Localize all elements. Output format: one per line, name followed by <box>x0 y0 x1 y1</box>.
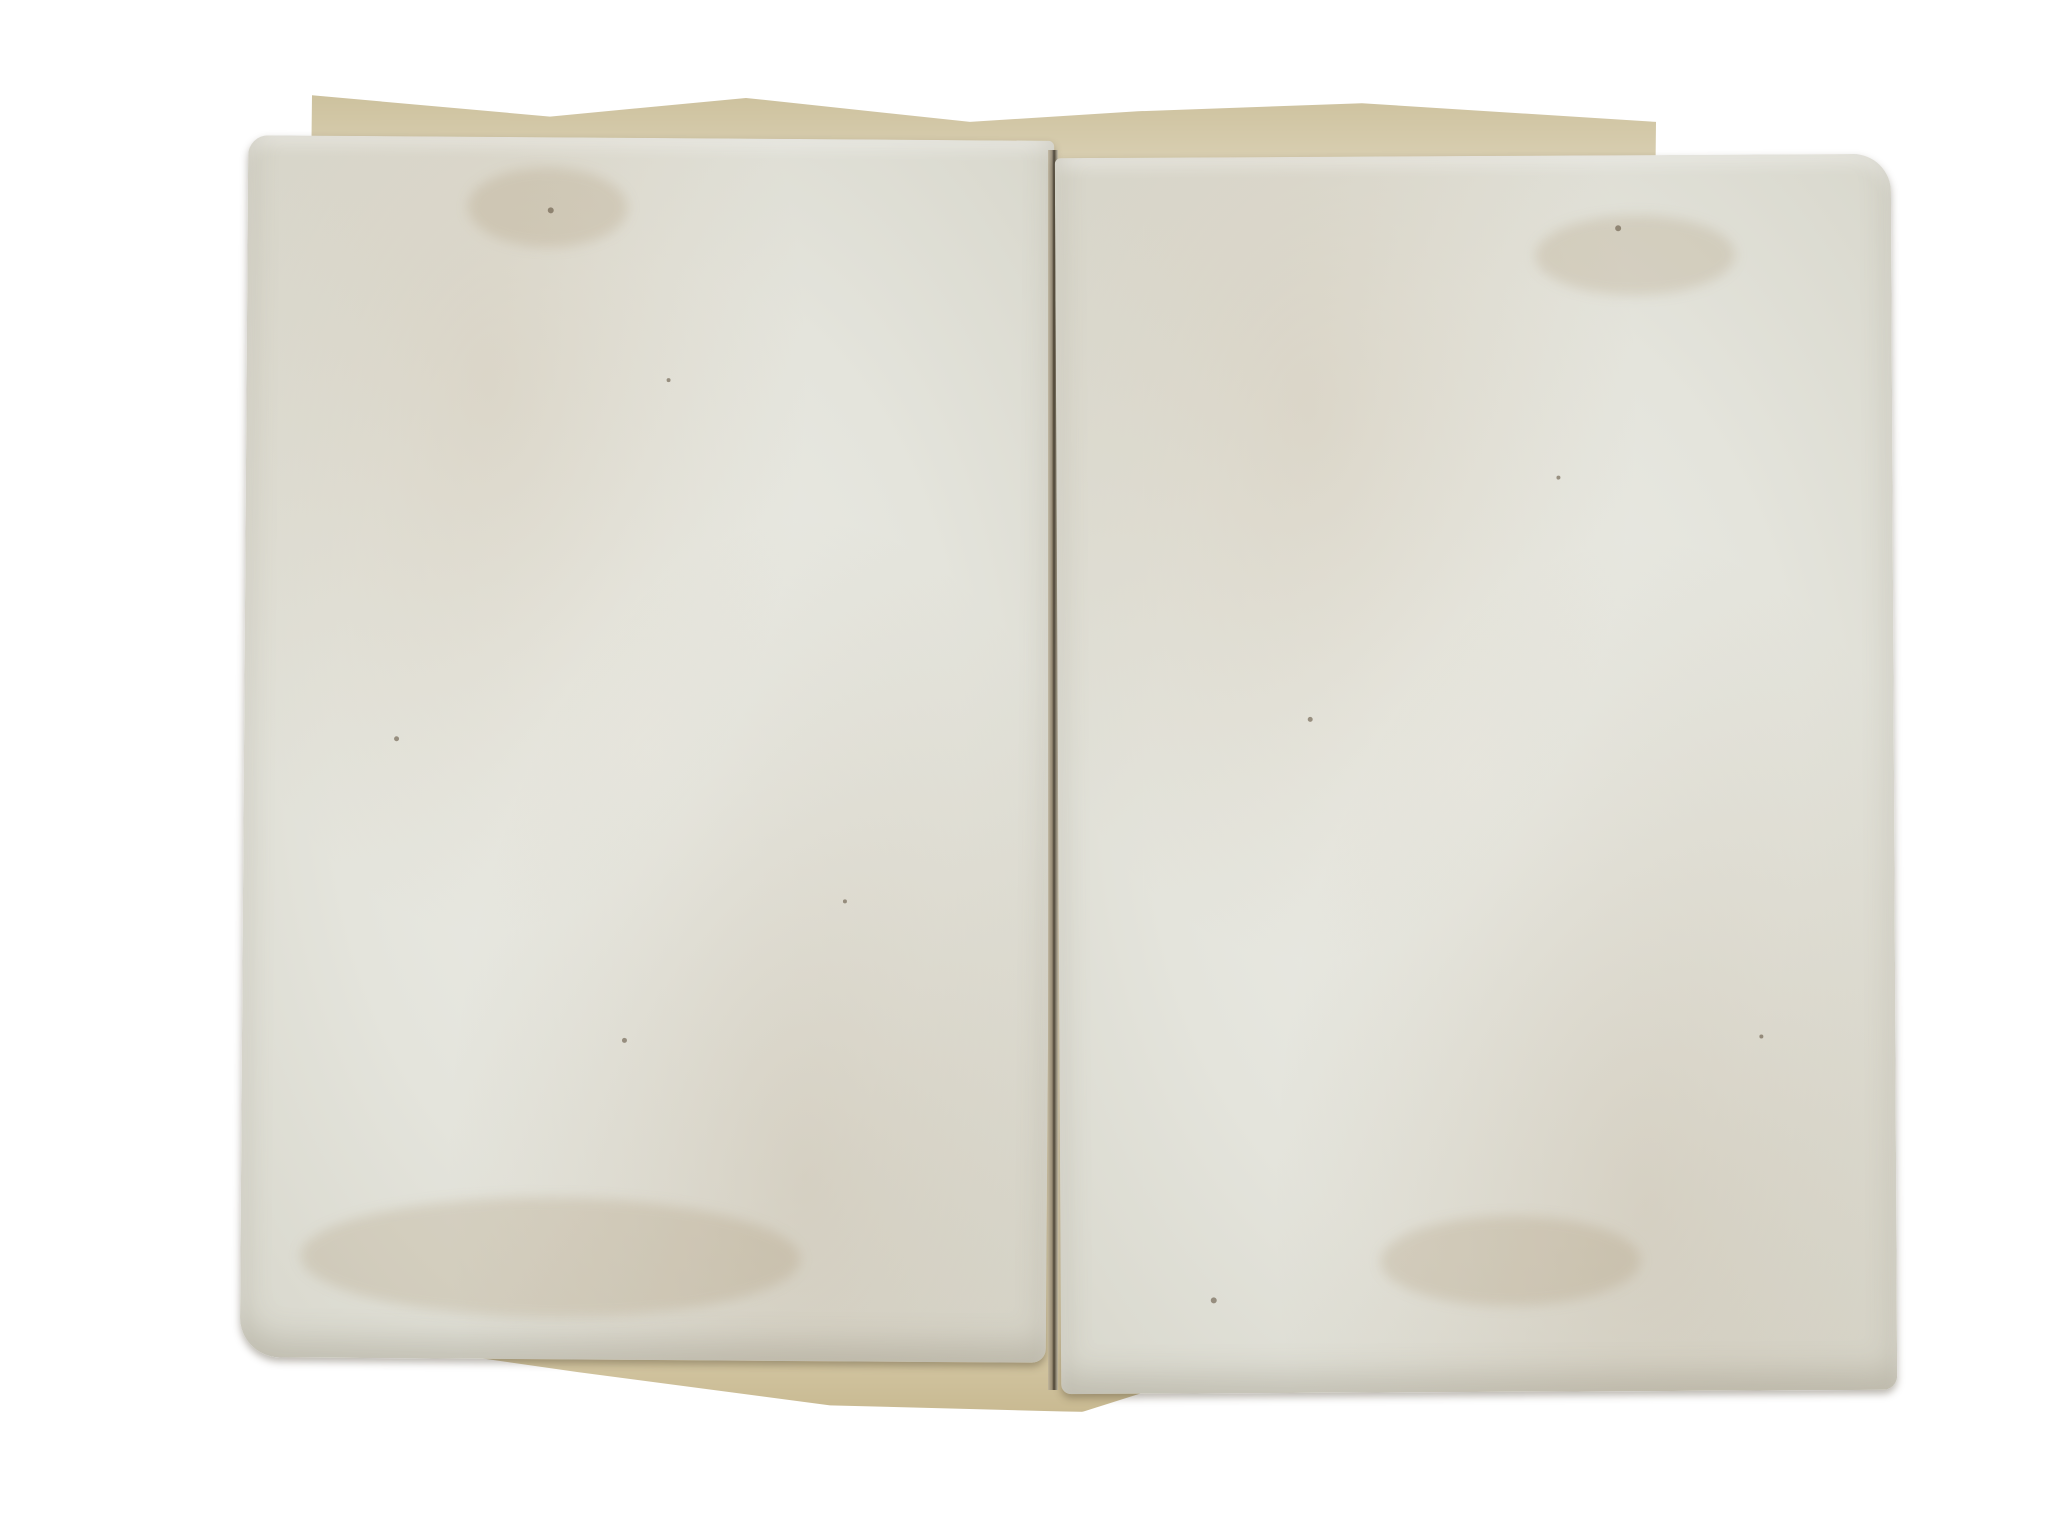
stain <box>300 1196 801 1319</box>
speck <box>1211 1297 1217 1303</box>
speck <box>1759 1034 1763 1038</box>
photo-scene <box>0 0 2048 1536</box>
speck <box>667 378 671 382</box>
speck <box>1308 717 1313 722</box>
speck <box>394 736 399 741</box>
speck <box>843 899 847 903</box>
right-wrapped-packet <box>1055 154 1897 1394</box>
speck <box>622 1038 627 1043</box>
stain <box>1380 1215 1640 1306</box>
stain <box>1535 215 1735 296</box>
left-wrapped-packet <box>240 135 1055 1363</box>
speck <box>1615 225 1621 231</box>
speck <box>1556 476 1560 480</box>
speck <box>548 207 554 213</box>
